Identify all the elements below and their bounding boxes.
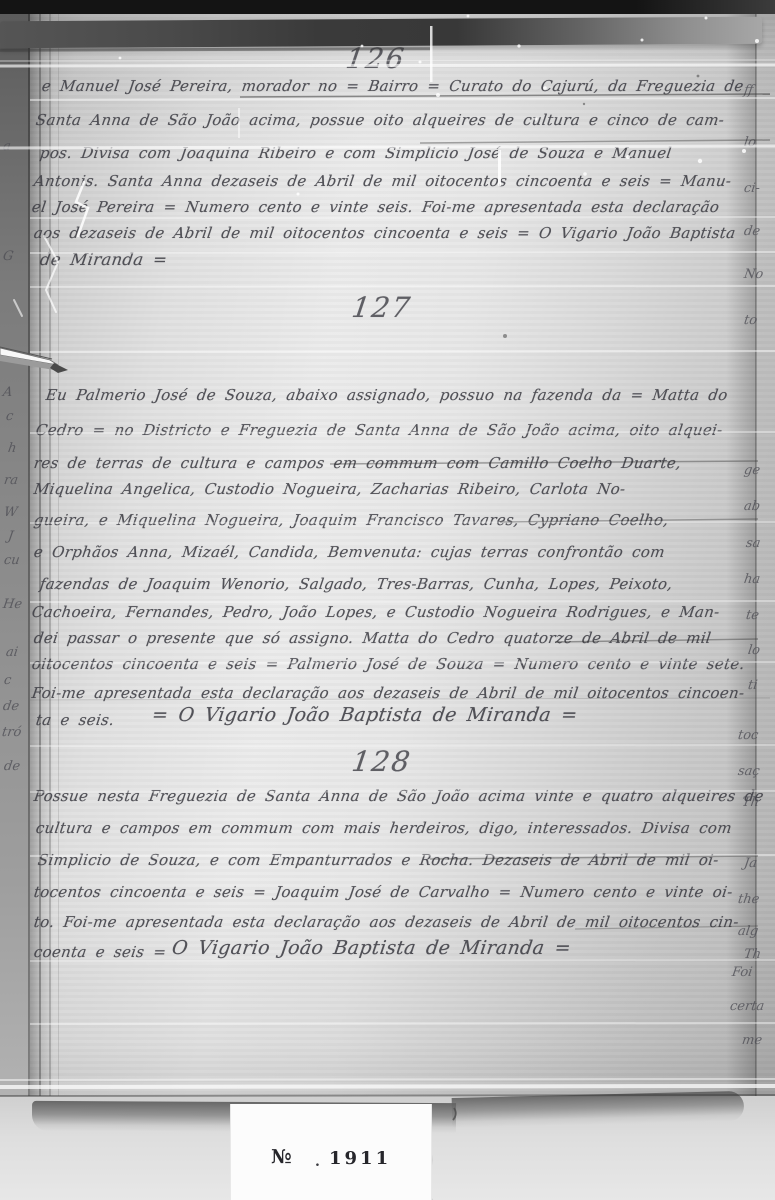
handwritten-line: ta e seis.: [35, 711, 116, 729]
handwritten-line: fazendas de Joaquim Wenorio, Salgado, Tr…: [39, 575, 674, 593]
overlapping-page-edge-band: [0, 17, 762, 49]
edge-fragment: ci-: [743, 182, 761, 195]
edge-fragment: saç: [737, 765, 761, 778]
vicar-signature: = O Vigario João Baptista de Miranda =: [150, 704, 579, 727]
edge-fragment: toc: [737, 729, 759, 742]
vicar-signature: O Vigario João Baptista de Miranda =: [170, 937, 572, 960]
edge-fragment: lo: [743, 136, 757, 149]
edge-fragment: alg: [737, 925, 759, 938]
handwritten-line: to. Foi-me apresentada esta declaração a…: [33, 913, 740, 931]
handwritten-line: pos. Divisa com Joaquina Ribeiro e com S…: [39, 144, 673, 162]
edge-fragment: sa: [745, 537, 761, 550]
handwritten-line: oitocentos cincoenta e seis = Palmerio J…: [31, 655, 746, 673]
handwritten-line: tocentos cincoenta e seis = Joaquim José…: [33, 883, 734, 901]
handwritten-line: Possue nesta Freguezia de Santa Anna de …: [33, 787, 765, 805]
edge-fragment: to: [743, 314, 758, 327]
edge-fragment: de: [3, 760, 21, 773]
handwritten-line: Miquelina Angelica, Custodio Nogueira, Z…: [33, 480, 627, 498]
pen-clip-object: [0, 336, 72, 384]
handwritten-line: coenta e seis =: [33, 943, 168, 961]
edge-fragment: ha: [743, 573, 761, 586]
handwritten-line: aos dezaseis de Abril de mil oitocentos …: [33, 224, 737, 242]
edge-fragment: W: [3, 506, 18, 519]
edge-fragment: ge: [743, 464, 761, 477]
edge-fragment: Th: [741, 796, 760, 809]
edge-fragment: lo: [747, 644, 761, 657]
scanned-document-page: 126 e Manuel José Pereira, morador no = …: [0, 0, 775, 1200]
entry-number-127: 127: [350, 291, 414, 325]
edge-fragment: cu: [3, 554, 20, 567]
numero-sign: №: [271, 1146, 292, 1168]
stamp-separator: .: [315, 1154, 320, 1170]
edge-fragment: ti: [747, 679, 758, 692]
edge-fragment: No: [743, 268, 764, 281]
adjacent-page-edge: [757, 14, 775, 1096]
edge-fragment: certa: [729, 1000, 765, 1013]
handwritten-line: Cedro = no Districto e Freguezia de Sant…: [35, 421, 724, 439]
handwritten-line: Antonis. Santa Anna dezaseis de Abril de…: [33, 172, 733, 190]
handwritten-line: el José Pereira = Numero cento e vinte s…: [31, 198, 721, 216]
edge-fragment: me: [741, 1034, 763, 1047]
edge-fragment: de: [2, 700, 20, 713]
edge-fragment: tró: [1, 726, 22, 739]
handwritten-line: Santa Anna de São João acima, possue oit…: [35, 111, 726, 129]
handwritten-line: Eu Palmerio José de Souza, abaixo assign…: [45, 386, 729, 404]
edge-fragment: Th: [743, 948, 762, 961]
edge-fragment: ff: [743, 84, 754, 97]
edge-fragment: ab: [743, 500, 761, 513]
archive-number-label: № . 1911: [230, 1104, 432, 1200]
scan-top-black-bar: [0, 0, 775, 14]
handwritten-line: dei passar o presente que só assigno. Ma…: [33, 629, 713, 647]
edge-fragment: He: [2, 598, 23, 611]
edge-fragment: G: [2, 250, 14, 263]
handwritten-line: res de terras de cultura e campos em com…: [33, 454, 683, 472]
handwritten-line: de Miranda =: [39, 250, 169, 270]
handwritten-line: Foi-me apresentada esta declaração aos d…: [31, 684, 746, 702]
edge-fragment: Foi: [731, 966, 753, 979]
edge-fragment: de: [743, 225, 761, 238]
edge-fragment: ra: [3, 474, 19, 487]
handwritten-line: e Manuel José Pereira, morador no = Bair…: [41, 77, 745, 95]
handwritten-line: Cachoeira, Fernandes, Pedro, João Lopes,…: [31, 603, 721, 621]
edge-fragment: te: [745, 609, 760, 622]
entry-number-128: 128: [350, 745, 414, 779]
edge-fragment: the: [737, 893, 760, 906]
edge-fragment: A: [2, 386, 13, 399]
handwritten-line: cultura e campos em commum com mais herd…: [35, 819, 733, 837]
archive-number: 1911: [329, 1148, 391, 1169]
handwritten-line: Simplicio de Souza, e com Empanturrados …: [37, 851, 720, 869]
edge-fragment: ai: [5, 646, 19, 659]
edge-fragment: Ja: [743, 857, 758, 870]
handwritten-line: e Orphãos Anna, Mizaél, Candida, Bemvenu…: [33, 543, 666, 561]
handwritten-line: gueira, e Miquelina Nogueira, Joaquim Fr…: [33, 511, 670, 529]
